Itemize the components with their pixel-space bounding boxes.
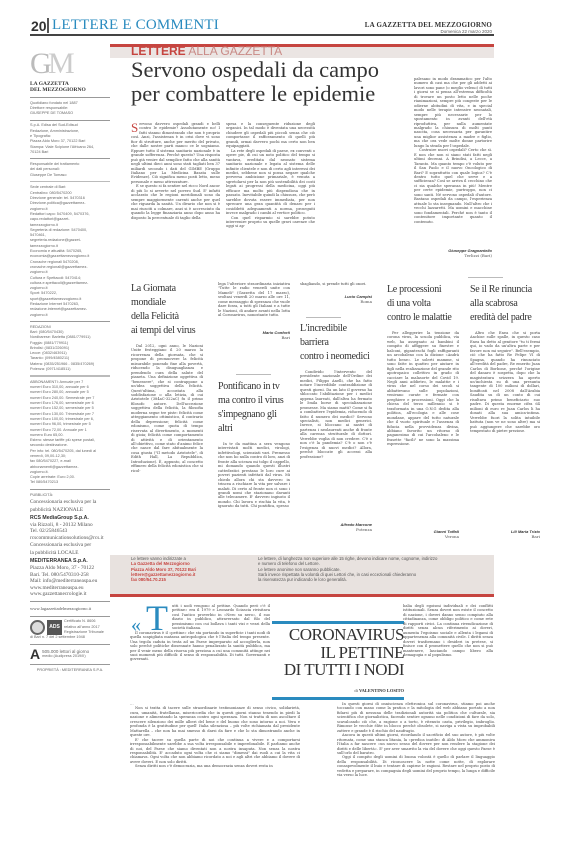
colophon-line: Concessionaria esclusiva per la [30, 498, 110, 506]
registration: di Bari n. 7 del 2 settembre 1948 [30, 635, 110, 640]
letter-title: L'incredibile barriera contro i neomedic… [300, 322, 372, 364]
divider [30, 489, 110, 490]
op-ed-right-top: balia degli egoismi individuali e dei co… [403, 604, 493, 702]
divider [30, 158, 110, 159]
rcs-contacts: via Rizzoli, 8 - 20132 MilanoTel. 02/258… [30, 522, 110, 542]
local-ads: Concessionaria esclusiva perla pubblicit… [30, 541, 110, 557]
colophon-offices: REDAZIONIBari: (080/5470430)Nordbarese: … [30, 325, 110, 373]
colophon-line: Potenza: (0971/418511) [30, 367, 110, 372]
colophon-line: 70124 Bari [30, 150, 110, 155]
title-bar-bottom [272, 697, 404, 700]
national-ads: Concessionaria esclusiva per lapubblicit… [30, 498, 110, 514]
ownership: PROPRIETÀ : MEDITERRANEA S.P.A. [30, 668, 110, 673]
colophon-contacts: Sede centrale di Bari:Centralino: 080/54… [30, 185, 110, 317]
colophon-column: G M LA GAZZETTA DEL MEZZOGIORNO Quotidia… [30, 50, 110, 674]
header-rule [30, 34, 494, 36]
divider [306, 317, 341, 318]
dropcap: S [131, 123, 138, 132]
main-headline: Servono ospedali da campo per combattere… [131, 58, 411, 106]
divider [30, 601, 110, 602]
letter-title: La Giornata mondiale della Felicità ai t… [131, 282, 203, 338]
letter-body: Per alleggerire la tensione da corona vi… [387, 331, 459, 527]
letter-re-rinuncia: Se il Re rinuncia alla scabrosa eredità … [470, 283, 540, 539]
divider [30, 97, 110, 98]
colophon-line: Giuseppe De Tomaso [30, 173, 110, 178]
letter-body: In tv da mattina a sera vengono intervis… [218, 442, 290, 568]
letter-felicita-signature: Mario Conforti Bari [218, 330, 290, 340]
colophon-privacy: Responsabile del trattamentodei dati per… [30, 162, 110, 178]
ads-certificate-icon: ADS [47, 620, 62, 635]
divider [30, 181, 110, 183]
rcs-name: RCS MediaGroup S.p.A. [30, 514, 110, 522]
mediterranea-name: MEDITERRANEA S.p.A. [30, 557, 110, 565]
divider [30, 664, 110, 665]
letters-rules: Le lettere, di lunghezza non superiore a… [258, 556, 488, 582]
main-letter-signature: Giuseppe Gragnaniello Terlizzi (Bari) [414, 248, 492, 258]
certification-seal-icon [30, 620, 45, 635]
mediterranea-contacts: Piazza Aldo Moro, 37 - 70122Bari. Tel. 0… [30, 565, 110, 598]
readership: A 505.000 lettori al giorno medio (Audip… [30, 647, 110, 661]
colophon-director: Quotidiano fondato nel 1887Direttore res… [30, 101, 110, 117]
readers-note: medio (Audipress 2019/II) [42, 654, 89, 659]
letter-signature: Lili Maria Trizio Bari [470, 529, 540, 539]
letter-pontificano: Pontificano in tv ma contro il virus s'i… [218, 380, 290, 568]
letter-title: Se il Re rinuncia alla scabrosa eredità … [470, 283, 540, 325]
newspaper-logo-icon: G M [30, 50, 75, 78]
op-ed-byline: di VALENTINO LOSITO [272, 688, 404, 693]
op-ed-title: CORONAVIRUS IL PETTINE DI TUTTI I NODI [272, 626, 404, 679]
letter-signature: Gianni Toffali Verona [387, 529, 459, 539]
op-ed-lead: utti i nodi vengono al pettine. Quando p… [130, 604, 270, 662]
section-title: LETTERE E COMMENTI [52, 17, 219, 34]
logo-letter-m: M [48, 50, 75, 78]
divider [30, 616, 110, 617]
colophon-line: Tel 080/5470213 [30, 480, 110, 485]
colophon-line: zogiorno.it [30, 313, 110, 318]
letter-neomedici: L'incredibile barriera contro i neomedic… [300, 322, 372, 532]
letter-felicita-continued: lega l'ulteriore straordinaria iniziativ… [218, 282, 290, 318]
divider [30, 375, 110, 377]
letter-pontificano-signature: Lucio Campisi Roma [300, 294, 372, 304]
divider [468, 277, 503, 278]
main-letter-col-1: Servono davvero ospedali grandi e belli … [131, 122, 220, 282]
colophon-subscriptions: ABBONAMENTI: Annuale per 7numeri Euro 31… [30, 380, 110, 486]
divider [236, 374, 271, 375]
page-number: 20 [31, 18, 47, 34]
letter-signature: Alfredo Marcone Potenza [300, 522, 372, 532]
colophon-line: Concessionaria esclusiva per [30, 541, 110, 549]
divider [30, 120, 110, 121]
letters-banner: LETTERE ALLA GAZZETTA [131, 44, 282, 58]
divider [30, 644, 110, 645]
main-letter-col-2: spesa e la conseguente riduzione degli o… [226, 122, 315, 282]
main-letter-col-3: palesano in modo drammatico per l'alto n… [414, 77, 492, 260]
masthead-name: LA GAZZETTA DEL MEZZOGIORNO [365, 21, 492, 29]
letter-pontificano-continued: sbagliando, si prende tutti gli onori. [300, 282, 372, 286]
title-bar-top [272, 621, 404, 624]
letter-title: Pontificano in tv ma contro il virus s'i… [218, 380, 290, 436]
letter-title: Le processioni di una volta contro le ma… [387, 283, 459, 325]
op-ed-body-left: … Non si tratta di tacere sulle straordi… [130, 702, 300, 802]
letter-felicita: La Giornata mondiale della Felicità ai t… [131, 282, 203, 566]
masthead: LA GAZZETTA DEL MEZZOGIORNO Domenica 22 … [365, 21, 492, 34]
colophon-line: GIUSEPPE DE TOMASO [30, 111, 110, 116]
page-number-divider [47, 18, 49, 33]
letter-body: Dal 2012, ogni anno, le Nazioni Unite fe… [131, 344, 203, 566]
colophon-publisher: S.p.A. Edisa del Sud-EdisudRedazione, Am… [30, 123, 110, 155]
letter-body: Altro che Enea che si porta Anchise sull… [470, 331, 540, 527]
certificate-text: Certificato N. 8606relativo all'anno 201… [64, 619, 104, 635]
info-bar-rule [110, 594, 494, 597]
colophon-line: la pubblicità LOCALE [30, 549, 110, 557]
certification: ADS Certificato N. 8606relativo all'anno… [30, 619, 110, 635]
colophon-line: www.gazzettanecrologie.it [30, 591, 110, 598]
letter-body: Condivido l'intervento del presidente na… [300, 370, 372, 520]
website-link[interactable]: www.lagazzettadelmezzogiorno.it [30, 605, 110, 613]
divider [30, 321, 110, 322]
op-ed-body-right: In questi giorni di onniscienza elettron… [337, 702, 495, 802]
letter-processioni: Le processioni di una volta contro le ma… [387, 283, 459, 539]
colophon-line: pubblicità NAZIONALE [30, 506, 110, 514]
letters-address: Le lettere vanno indirizzate a La Gazzet… [131, 556, 196, 582]
audipress-icon: A [30, 647, 40, 661]
logo-name: LA GAZZETTA DEL MEZZOGIORNO [30, 81, 110, 93]
